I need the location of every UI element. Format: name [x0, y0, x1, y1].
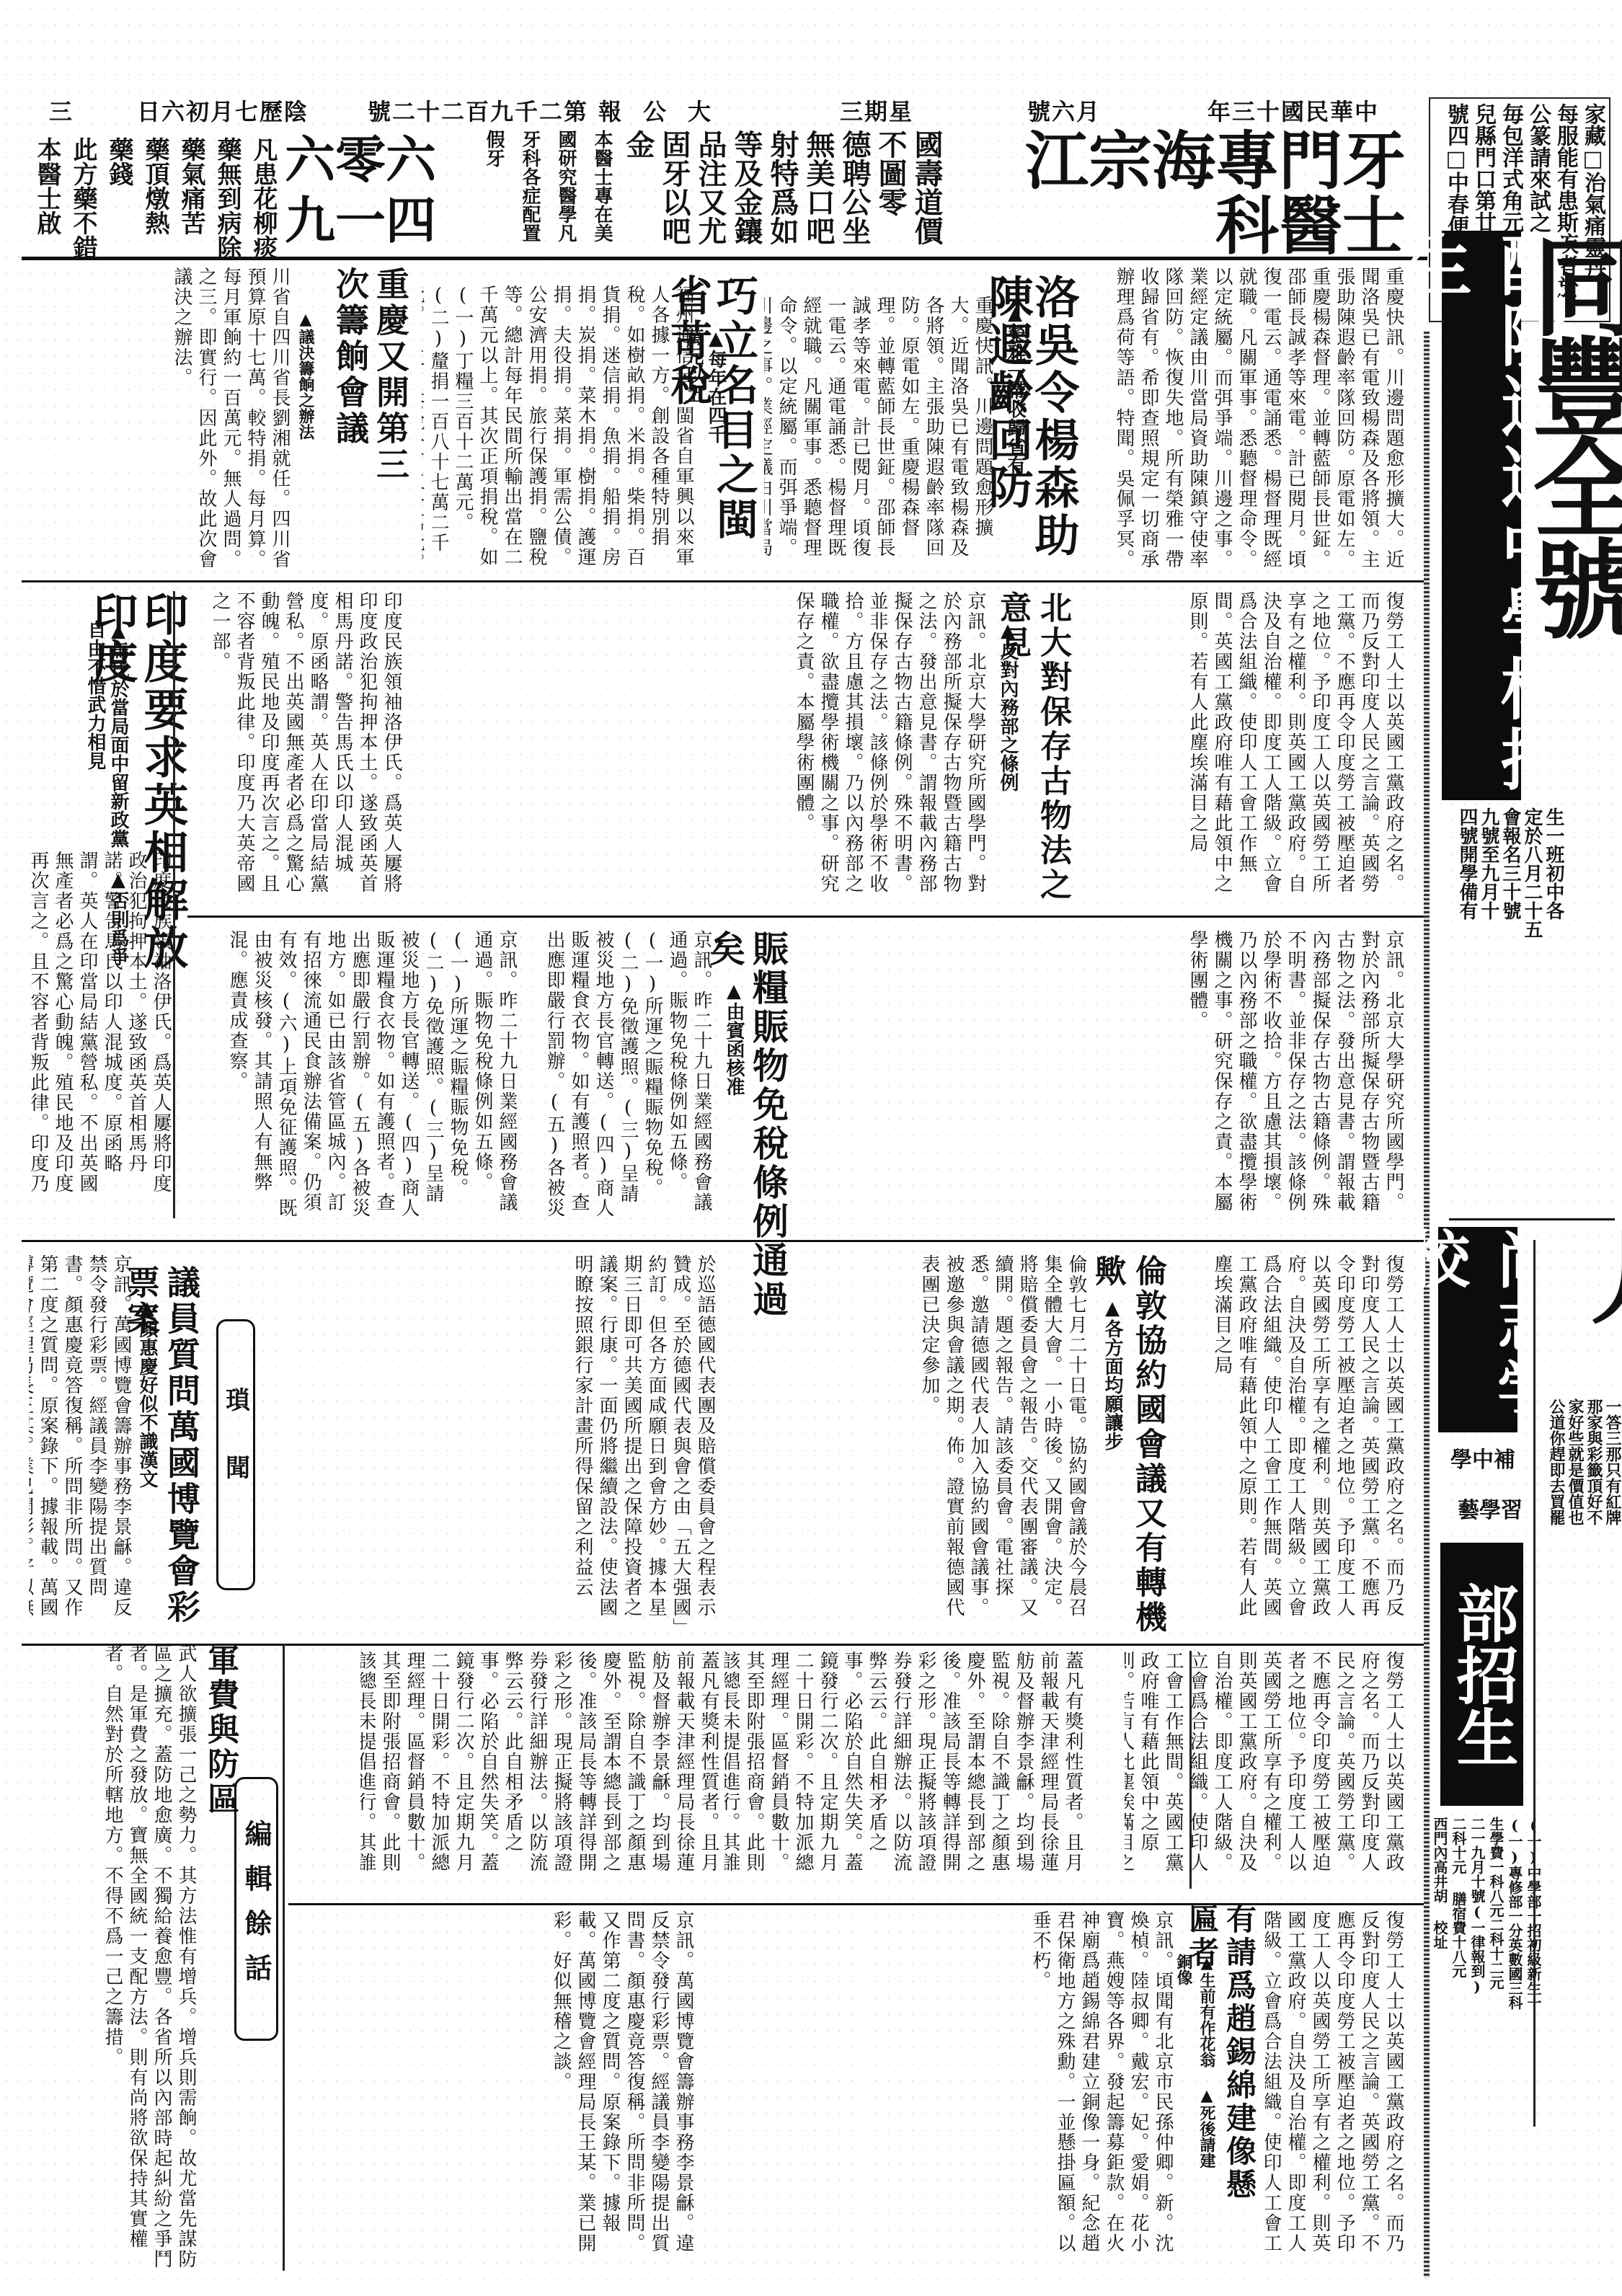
ad-shangzhi-details: (一)中學部一招初級新生一 (一)專修部一分英數國三科 生學費一科八元二科十二元… — [1431, 1817, 1543, 2055]
divider — [22, 580, 1424, 582]
article-continuation-top: 重慶快訊。川邊問題愈形擴大。近聞洛吳已有電致楊森及各將領。主張助陳遐齡率隊回防。… — [1103, 267, 1406, 577]
article-body: 川省自四川省長劉湘就任。四川省預算原十七萬。較特捐。每月算。每月軍餉約一百萬元。… — [29, 267, 292, 577]
article-continuation: 印度民族領袖洛伊氏。爲英人屢將印度政治犯拘押本土。遂致函英首相馬丹諾。警告馬氏以… — [202, 591, 404, 908]
article-headline: 議員質問萬國博覽會彩票案 — [159, 1265, 202, 1640]
divider — [22, 1240, 1424, 1242]
article-byline: ▲顏惠慶好似不識漢文 — [137, 1298, 159, 1514]
article-headline: 有請爲趙錫綿建像懸匾者 — [1218, 1903, 1258, 2228]
article-continuation: 京訊。北京大學研究所國學門。對於內務部所擬保存古物暨古籍古物之法。發出意見書。謂… — [797, 930, 1406, 1218]
ad-line: 藥氣痛苦 — [173, 137, 209, 274]
article-byline: ▲由賓函核准 — [721, 980, 745, 1125]
ad-line: (一)專修部一分英數國三科 — [1505, 1817, 1524, 2055]
article-continuation: 復勞工人士以英國工黨政府之名。而乃反對印度人民之言論。英國勞工黨。不應再令印度勞… — [1085, 591, 1406, 908]
column-rule — [1189, 1651, 1192, 1889]
ad-line: 家好些就是價值也 — [1566, 1399, 1585, 1579]
article-headline: 北大對保存古物法之意見 — [1022, 591, 1073, 916]
ad-line: 本醫士啟 — [29, 137, 65, 274]
ad-line: 西門內高井胡 校址 — [1431, 1817, 1449, 2055]
ad-line: 品注又尤固牙以吧金 — [620, 130, 728, 245]
weekday: 星期三 — [840, 94, 913, 127]
article-body: 倫敦七月二十日電。協約國會議於今晨召集全體大會。一小時後。又開會。決定。將賠償委… — [735, 1254, 1089, 1636]
article-byline: ▲榮雅一帶收歸省有 — [1002, 303, 1027, 505]
ad-medicine: 凡患花柳痰 藥無到病除 藥氣痛苦 藥頂燉熱 藥錢 此方藥不錯 本醫士啟 — [22, 137, 281, 274]
article-byline: ▲每年在四千萬元以上 — [703, 328, 727, 458]
article-headline: 重慶又開第三次籌餉會議 — [317, 267, 411, 483]
issue-number: 第二千九百二十二號 — [368, 94, 588, 127]
article-headline: 洛吳令楊森助陳遐齡回防 — [1022, 274, 1076, 584]
ad-phone-number: 六零六 九一四 — [278, 130, 443, 251]
article-byline: ▲各方面均願讓步 — [1099, 1298, 1124, 1514]
ad-shangzhi-school-banner: 尚志学校 — [1438, 1227, 1517, 1432]
phone-number-bottom: 九一四 — [278, 190, 443, 251]
article-continuation: 復勞工人士以英國工黨政府之名。而乃反對印度人民之言論。英國勞工黨。不應再令印度勞… — [1265, 1910, 1406, 2271]
page-number: 三 — [49, 94, 74, 127]
ad-line: 二一九月十號(一律報到) — [1468, 1817, 1486, 2055]
article-body: 重慶快訊。川邊問題愈形擴大。近聞洛吳已有電致楊森及各將領。主張助陳遐齡率隊回防。… — [764, 296, 995, 577]
article-body: 武人欲擴張一己之勢力。其方法惟有增兵。增兵則需餉。故尤當先謀防區之擴充。蓋防地愈… — [29, 1644, 198, 2271]
ad-line: 藥頂燉熱 — [137, 137, 173, 274]
ad-big-glyph: 丿 — [1572, 1233, 1615, 1326]
issue-date: 月六號 — [1027, 94, 1101, 127]
ad-line: 藥錢 — [101, 137, 137, 274]
article-body: 蓋凡有獎利性質者。且月前報載天津經理局長徐蓮舫及督辦李景龢。均到場監視。除自不識… — [360, 1651, 721, 1889]
ad-line: 那家與彩籤頂好不 — [1585, 1399, 1603, 1579]
column-rule — [1533, 1240, 1535, 2127]
divider — [187, 916, 1424, 918]
article-continuation: 復勞工人士以英國工黨政府之名。而乃反對印度人民之言論。英國勞工黨。不應再令印度勞… — [1171, 1254, 1406, 1636]
section-label-box: 瑣聞 — [216, 1319, 255, 1590]
article-byline: ▲生前有作花翁 ▲死後請建銅像 — [1182, 1954, 1218, 2170]
column-rule — [283, 1644, 285, 2271]
article-headline: 軍費與防區 — [202, 1644, 238, 1932]
ad-lottery-note: 一答三那只有紅牌 那家與彩籤頂好不 家好些就是價值也 公道你趕即去買罷 — [1543, 1399, 1622, 1579]
article-byline: ▲反對內務部之條例 — [995, 620, 1019, 836]
section-label-box: 編輯餘話 — [234, 1777, 278, 2041]
year: 中華民國十三年 — [1207, 94, 1379, 127]
ad-line: 定於八月二十五 — [1521, 807, 1543, 1153]
ad-line: 國壽道價不圖零 — [872, 130, 944, 245]
article-body: 京訊。萬國博覽會籌辦事務李景龢。違反禁令發行彩票。經議員李變陽提出質問書。顏惠慶… — [29, 1254, 133, 1636]
ad-line: 九號至九月十 — [1478, 807, 1499, 1153]
ad-liling-school-banner: 醴陵道道中學校招生 — [1442, 231, 1521, 800]
ad-line: 本醫士專在美國研究醫學凡牙科各症配置假牙 — [476, 130, 620, 245]
ad-line: 四號開學備有 — [1456, 807, 1478, 1153]
article-body: 京訊。頃聞有北京市民孫仲卿。新。沈煥楨。陸叔卿。戴宏。妃。愛娟。花小寶。燕嫂等各… — [721, 1910, 1175, 2271]
ad-shangzhi-sublabel: 補中學 — [1443, 1442, 1523, 1473]
ad-dental-body: 國壽道價不圖零 德聘公坐無美口吧 射特爲如等及金鑲 品注又尤固牙以吧金 本醫士專… — [461, 130, 944, 245]
column-rule — [173, 591, 175, 1218]
ad-enrollment-notice: 生一班初中各 定於八月二十五 會報名三十號 九號至九月十 四號開學備有 — [1449, 807, 1564, 1153]
article-headline: 倫敦協約國會議又有轉機歟 — [1125, 1254, 1168, 1658]
masthead: 三 陰歷七月初六日 第二千九百二十二號 大公報 星期三 月六號 中華民國十三年 — [22, 94, 1600, 123]
article-body: 印度民族領袖洛伊氏。爲英人屢將印度政治犯拘押本土。遂致函英首相馬丹諾。警告馬氏以… — [29, 851, 173, 1211]
ad-liling-big-text: 同豐全號 — [1532, 231, 1622, 793]
article-body: 京訊。北京大學研究所國學門。對於內務部所擬保存古物暨古籍古物之法。發出意見書。謂… — [411, 591, 988, 908]
ad-dental-title: 江宗海專門牙科醫士 — [980, 128, 1406, 244]
ad-line: 生學費一科八元二科十二元 — [1486, 1817, 1505, 2055]
paper-name: 大公報 — [598, 94, 732, 127]
ad-line: 藥無到病除 — [209, 137, 245, 274]
article-continuation: 於巡語德國代表團及賠償委員會之程表示贊成。至於德國代表與會之由「五大强國」約訂。… — [256, 1254, 717, 1629]
ad-line: 公道你趕即去買罷 — [1547, 1399, 1566, 1579]
article-body: 京訊。昨二十九日業經國務會議通過。賑物免稅條例如五條。(一)所運之賑糧賑物免稅。… — [548, 930, 714, 1218]
lunar-date: 陰歷七月初六日 — [137, 94, 309, 127]
article-continuation: 京訊。昨二十九日業經國務會議通過。賑物免稅條例如五條。(一)所運之賑糧賑物免稅。… — [180, 930, 519, 1218]
ad-line: 一答三那只有紅牌 — [1603, 1399, 1622, 1579]
phone-number-top: 六零六 — [278, 130, 443, 190]
ad-line: 凡患花柳痰 — [245, 137, 281, 274]
ad-line: 德聘公坐無美口吧 — [800, 130, 872, 245]
article-continuation: 京訊。萬國博覽會籌辦事務李景龢。違反禁令發行彩票。經議員李變陽提出質問書。顏惠慶… — [292, 1910, 696, 2271]
article-continuation: 復勞工人士以英國工黨政府之名。而乃反對印度人民之言論。英國勞工黨。不應再令印度勞… — [1125, 1651, 1406, 1889]
divider — [22, 257, 1427, 260]
article-continuation: 蓋凡有獎利性質者。且月前報載天津經理局長徐蓮舫及督辦李景龢。均到場監視。除自不識… — [724, 1651, 1085, 1889]
ad-line: 生一班初中各 — [1543, 807, 1564, 1153]
ad-line: 會報名三十號 — [1499, 807, 1521, 1153]
article-body: 福州通信云。閩省自軍興以來軍人各據一方。創設各種特別捐稅。如樹畝捐。米捐。柴捐。… — [422, 285, 696, 580]
ad-line: 二科十元 膳宿費十八元 — [1449, 1817, 1468, 2055]
ad-line: 射特爲如等及金鑲 — [728, 130, 800, 245]
article-byline: ▲議決籌餉之辦法 — [296, 310, 317, 454]
ad-line: 此方藥不錯 — [65, 137, 101, 274]
ad-shangzhi-note-label: 習學藝 — [1443, 1492, 1537, 1524]
ad-shangzhi-recruit: 部招生 — [1440, 1543, 1523, 1806]
